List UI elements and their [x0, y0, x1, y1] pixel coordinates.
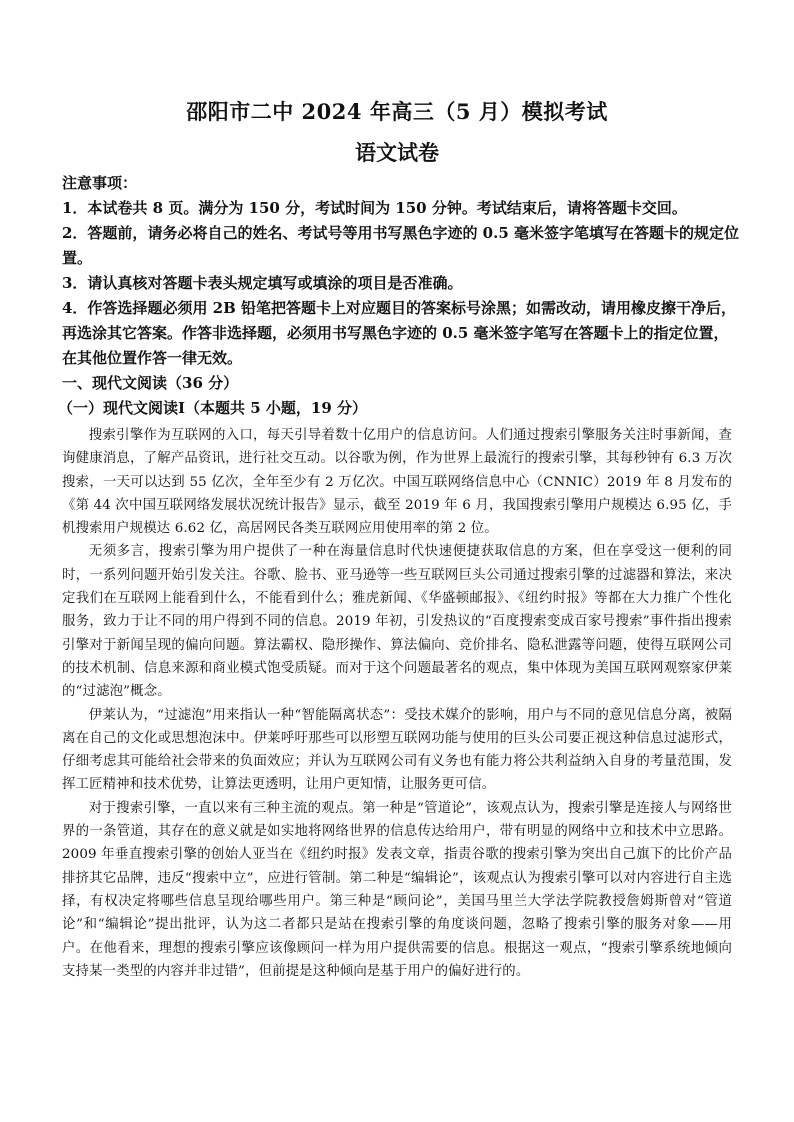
passage-paragraph: 对于搜索引擎，一直以来有三种主流的观点。第一种是“管道论”，该观点认为，搜索引擎…: [62, 797, 732, 983]
notice-item: 1．本试卷共 8 页。满分为 150 分，考试时间为 150 分钟。考试结束后，…: [62, 196, 742, 221]
notice-item: 4．作答选择题必须用 2B 铅笔把答题卡上对应题目的答案标号涂黑；如需改动，请用…: [62, 296, 742, 371]
notice-item: 2．答题前，请务必将自己的姓名、考试号等用书写黑色字迹的 0.5 毫米签字笔填写…: [62, 221, 742, 271]
passage-paragraph: 无须多言，搜索引擎为用户提供了一种在海量信息时代快速便捷获取信息的方案，但在享受…: [62, 540, 732, 703]
passage-paragraph: 搜索引擎作为互联网的入口，每天引导着数十亿用户的信息访问。人们通过搜索引擎服务关…: [62, 424, 732, 540]
reading-passage: 搜索引擎作为互联网的入口，每天引导着数十亿用户的信息访问。人们通过搜索引擎服务关…: [62, 424, 732, 983]
notice-list: 1．本试卷共 8 页。满分为 150 分，考试时间为 150 分钟。考试结束后，…: [62, 196, 742, 371]
notice-heading: 注意事项：: [62, 171, 742, 196]
notice-item: 3．请认真核对答题卡表头规定填写或填涂的项目是否准确。: [62, 271, 742, 296]
exam-page: 邵阳市二中 2024 年高三（5 月）模拟考试 语文试卷 注意事项： 1．本试卷…: [0, 0, 794, 1122]
subsection-heading: （一）现代文阅读Ⅰ（本题共 5 小题，19 分）: [58, 396, 738, 421]
section-heading: 一、现代文阅读（36 分）: [62, 371, 742, 396]
exam-title: 邵阳市二中 2024 年高三（5 月）模拟考试: [0, 96, 794, 126]
passage-paragraph: 伊莱认为，“过滤泡”用来指认一种“智能隔离状态”：受技术媒介的影响，用户与不同的…: [62, 704, 732, 797]
exam-subtitle: 语文试卷: [0, 137, 794, 167]
